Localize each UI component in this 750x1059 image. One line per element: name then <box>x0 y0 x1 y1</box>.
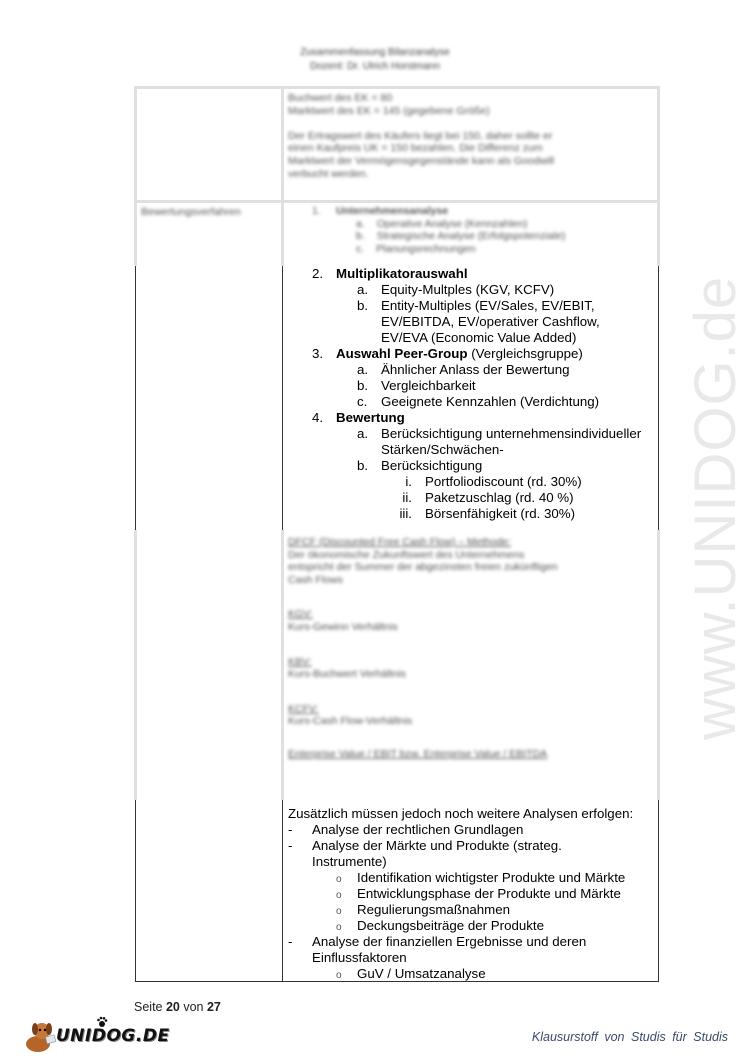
table-border <box>135 800 136 982</box>
text-line: Der ökonomische Zukunftswert des Unterne… <box>288 549 558 562</box>
sub-item-marker: c. <box>357 394 367 410</box>
analysis-sub-text: GuV / Umsatzanalyse <box>357 966 486 981</box>
roman-text: Börsenfähigkeit (rd. 30%) <box>425 506 575 521</box>
list-item-heading: Bewertung <box>336 410 405 425</box>
list-item-heading: Unternehmensanalyse <box>336 205 448 217</box>
roman-marker: ii. <box>386 490 412 506</box>
table-border <box>134 530 137 800</box>
list-number: 4. <box>312 410 323 426</box>
valuation-example-text: Buchwert des EK = 80 Marktwert des EK = … <box>288 92 554 180</box>
sub-item: EV/EBITDA, EV/operativer Cashflow, <box>312 314 657 330</box>
sub-item-marker: a. <box>357 362 368 378</box>
roman-item: iii.Börsenfähigkeit (rd. 30%) <box>312 506 657 522</box>
dash-marker: - <box>288 934 292 950</box>
table-border <box>658 800 659 982</box>
text-line: entspricht der Summer der abgezinsten fr… <box>288 561 558 574</box>
table-border <box>134 86 137 266</box>
list-item: 2.Multiplikatorauswahl <box>312 266 657 282</box>
valuation-steps-list: 2.Multiplikatorauswahla.Equity-Multples … <box>312 266 657 522</box>
sub-item: b.Entity-Multiples (EV/Sales, EV/EBIT, <box>312 298 657 314</box>
kbv-text: Kurs-Buchwert Verhältnis <box>288 668 558 681</box>
kbv-heading: KBV: <box>288 656 558 669</box>
analysis-text: Analyse der Märkte und Produkte (strateg… <box>312 838 562 853</box>
sub-item: a.Berücksichtigung unternehmensindividue… <box>312 426 657 442</box>
page-total: 27 <box>207 1000 221 1014</box>
sub-item-text: Entity-Multiples (EV/Sales, EV/EBIT, <box>381 298 595 313</box>
document-header: Zusammenfassung Bilanzanalyse Dozent: Dr… <box>0 46 750 74</box>
analysis-text: Analyse der rechtlichen Grundlagen <box>312 822 523 837</box>
text-line: Marktwert der Vermögensgegenstände kann … <box>288 155 554 168</box>
sub-item: a.Equity-Multples (KGV, KCFV) <box>312 282 657 298</box>
sub-item-text: Geeignete Kennzahlen (Verdichtung) <box>381 394 599 409</box>
roman-marker: i. <box>386 474 412 490</box>
table-border <box>657 86 660 266</box>
table-border <box>134 200 660 203</box>
dash-marker: - <box>288 838 292 854</box>
table-border <box>282 800 283 982</box>
list-item-heading: Multiplikatorauswahl <box>336 266 468 281</box>
multiples-definitions: DFCF (Discounted Free Cash Flow) – Metho… <box>288 536 558 761</box>
sub-item: Strategische Analyse (Erfolgspotenziale) <box>377 230 566 242</box>
text-line: Cash Flows <box>288 574 558 587</box>
analysis-item: -Analyse der rechtlichen Grundlagen <box>288 822 656 838</box>
page-mid: von <box>180 1000 207 1014</box>
analysis-item: Instrumente) <box>288 854 656 870</box>
analysis-text: Instrumente) <box>312 854 387 869</box>
unidog-logo: UNIDOG.DE <box>22 1018 162 1054</box>
kgv-text: Kurs-Gewinn Verhältnis <box>288 621 558 634</box>
sub-item-marker: a. <box>357 426 368 442</box>
sub-item-text: Berücksichtigung <box>381 458 482 473</box>
sub-item: b.Berücksichtigung <box>312 458 657 474</box>
table-border <box>281 530 284 800</box>
list-number: 2. <box>312 266 323 282</box>
analysis-text: Analyse der finanziellen Ergebnisse und … <box>312 934 586 949</box>
additional-analyses: Zusätzlich müssen jedoch noch weitere An… <box>288 806 656 982</box>
analysis-sub-text: Regulierungsmaßnahmen <box>357 902 510 917</box>
sub-item-marker: b. <box>357 458 368 474</box>
analysis-item: Einflussfaktoren <box>288 950 656 966</box>
analysis-text: Einflussfaktoren <box>312 950 407 965</box>
sub-item-marker: b. <box>357 378 368 394</box>
page-number: Seite 20 von 27 <box>134 1000 221 1014</box>
analysis-item: -Analyse der Märkte und Produkte (strate… <box>288 838 656 854</box>
analysis-item: -Analyse der finanziellen Ergebnisse und… <box>288 934 656 950</box>
sub-item-text: Stärken/Schwächen- <box>381 442 504 457</box>
analysis-sub-text: Deckungsbeiträge der Produkte <box>357 918 544 933</box>
text-line: einen Kaufpreis UK = 150 bezahlen. Die D… <box>288 142 554 155</box>
list-item-note: (Vergleichsgruppe) <box>468 346 583 361</box>
sub-item: Planungsrechnungen <box>376 243 475 255</box>
sub-item-text: Equity-Multples (KGV, KCFV) <box>381 282 554 297</box>
roman-text: Portfoliodiscount (rd. 30%) <box>425 474 582 489</box>
roman-text: Paketzuschlag (rd. 40 %) <box>425 490 574 505</box>
watermark: www.UNIDOG.de <box>682 220 749 740</box>
list-item-1: 1.Unternehmensanalyse a.Operative Analys… <box>312 205 565 255</box>
document-title: Zusammenfassung Bilanzanalyse <box>0 46 750 60</box>
sub-item: Operative Analyse (Kennzahlen) <box>377 218 528 230</box>
kcfv-text: Kurs-Cash Flow-Verhältnis <box>288 715 558 728</box>
analysis-sub-item: oEntwicklungsphase der Produkte und Märk… <box>288 886 656 902</box>
sub-item-marker: a. <box>357 282 368 298</box>
text-line: Buchwert des EK = 80 <box>288 92 554 105</box>
text-line: verbucht werden. <box>288 168 554 181</box>
table-border <box>657 530 660 800</box>
sub-item-text: Berücksichtigung unternehmensindividuell… <box>381 426 641 441</box>
text-line: Marktwert des EK = 145 (gegebene Größe) <box>288 105 554 118</box>
analysis-sub-item: oRegulierungsmaßnahmen <box>288 902 656 918</box>
analysis-sub-text: Entwicklungsphase der Produkte und Märkt… <box>357 886 621 901</box>
sub-item-text: Ähnlicher Anlass der Bewertung <box>381 362 569 377</box>
text-line: Der Ertragswert des Käufers liegt bei 15… <box>288 130 554 143</box>
tagline: Klausurstoff von Studis für Studis <box>532 1030 728 1044</box>
analysis-sub-item: oIdentifikation wichtigster Produkte und… <box>288 870 656 886</box>
document-lecturer: Dozent: Dr. Ulrich Horstmann <box>0 60 750 74</box>
logo-text: UNIDOG.DE <box>56 1026 170 1046</box>
page-current: 20 <box>166 1000 180 1014</box>
page-prefix: Seite <box>134 1000 166 1014</box>
analyses-intro: Zusätzlich müssen jedoch noch weitere An… <box>288 806 656 822</box>
list-number: 3. <box>312 346 323 362</box>
roman-item: ii.Paketzuschlag (rd. 40 %) <box>312 490 657 506</box>
kgv-heading: KGV: <box>288 608 558 621</box>
sub-item: b.Vergleichbarkeit <box>312 378 657 394</box>
sub-item: EV/EVA (Economic Value Added) <box>312 330 657 346</box>
dash-marker: - <box>288 822 292 838</box>
list-item: 4.Bewertung <box>312 410 657 426</box>
sub-item: a.Ähnlicher Anlass der Bewertung <box>312 362 657 378</box>
table-border <box>282 266 283 530</box>
sub-item-marker: b. <box>357 298 368 314</box>
table-border <box>281 86 284 266</box>
sub-item-text: EV/EVA (Economic Value Added) <box>381 330 576 345</box>
ev-line: Enterprise Value / EBIT bzw. Enterprise … <box>288 748 558 761</box>
sub-item: Stärken/Schwächen- <box>312 442 657 458</box>
sub-item: c.Geeignete Kennzahlen (Verdichtung) <box>312 394 657 410</box>
roman-item: i.Portfoliodiscount (rd. 30%) <box>312 474 657 490</box>
list-item-heading: Auswahl Peer-Group <box>336 346 468 361</box>
roman-marker: iii. <box>386 506 412 522</box>
dcf-heading: DFCF (Discounted Free Cash Flow) – Metho… <box>288 536 558 549</box>
analysis-sub-item: oDeckungsbeiträge der Produkte <box>288 918 656 934</box>
analysis-sub-text: Identifikation wichtigster Produkte und … <box>357 870 625 885</box>
kcfv-heading: KCFV: <box>288 703 558 716</box>
circle-bullet-icon: o <box>336 968 342 984</box>
row-label: Bewertungsverfahren <box>141 206 241 219</box>
sub-item-text: Vergleichbarkeit <box>381 378 476 393</box>
table-border <box>134 86 660 89</box>
table-border <box>658 266 659 530</box>
table-border <box>135 266 136 530</box>
analysis-sub-item: oGuV / Umsatzanalyse <box>288 966 656 982</box>
sub-item-text: EV/EBITDA, EV/operativer Cashflow, <box>381 314 600 329</box>
list-item: 3.Auswahl Peer-Group (Vergleichsgruppe) <box>312 346 657 362</box>
